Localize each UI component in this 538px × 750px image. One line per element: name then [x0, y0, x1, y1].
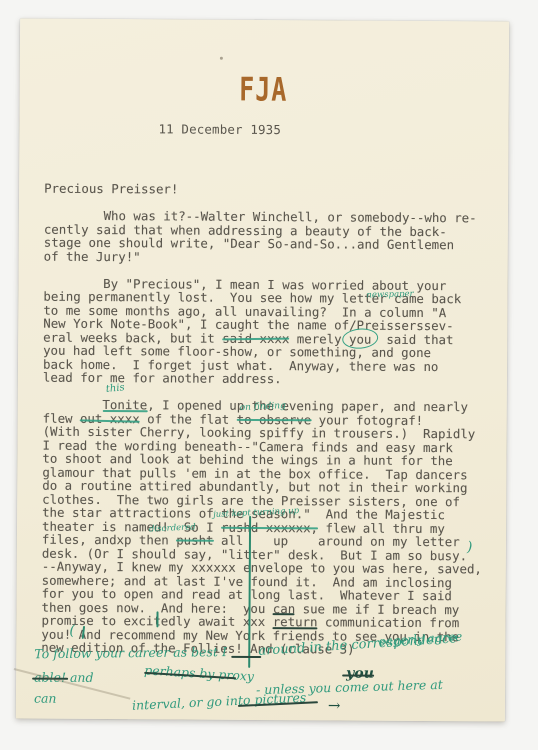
- scanned-letter: FJA 11 December 1935 Precious Preisser! …: [0, 0, 538, 750]
- dark-strikethrough-row2: [342, 674, 374, 676]
- date-line: 11 December 1935: [158, 121, 281, 137]
- underline-return: [272, 627, 317, 629]
- green-underline-tonite: [103, 410, 148, 412]
- paper-speck: [220, 57, 223, 60]
- handwritten-note-above-column: newspaper: [366, 289, 413, 300]
- green-paren-close: ): [467, 539, 473, 555]
- monogram-fja: FJA: [239, 71, 287, 109]
- green-strikethrough-pusht: [176, 539, 214, 541]
- letter-page: FJA 11 December 1935 Precious Preisser! …: [16, 19, 509, 722]
- dark-strikethrough-row1: [231, 656, 261, 658]
- handwritten-note-on-finding: on finding: [240, 401, 286, 413]
- handwritten-row1-left: To follow your career as best I: [34, 644, 227, 661]
- handwritten-row3-left: can: [34, 691, 57, 706]
- underline-can: [273, 613, 295, 615]
- handwritten-note-this: this: [105, 382, 125, 395]
- handwritten-row3-mid: interval, or go into pictures: [132, 690, 307, 713]
- green-paren-open: (: [69, 623, 75, 639]
- green-tick-excitedly: [156, 611, 158, 627]
- arrow-mark: →: [328, 696, 341, 714]
